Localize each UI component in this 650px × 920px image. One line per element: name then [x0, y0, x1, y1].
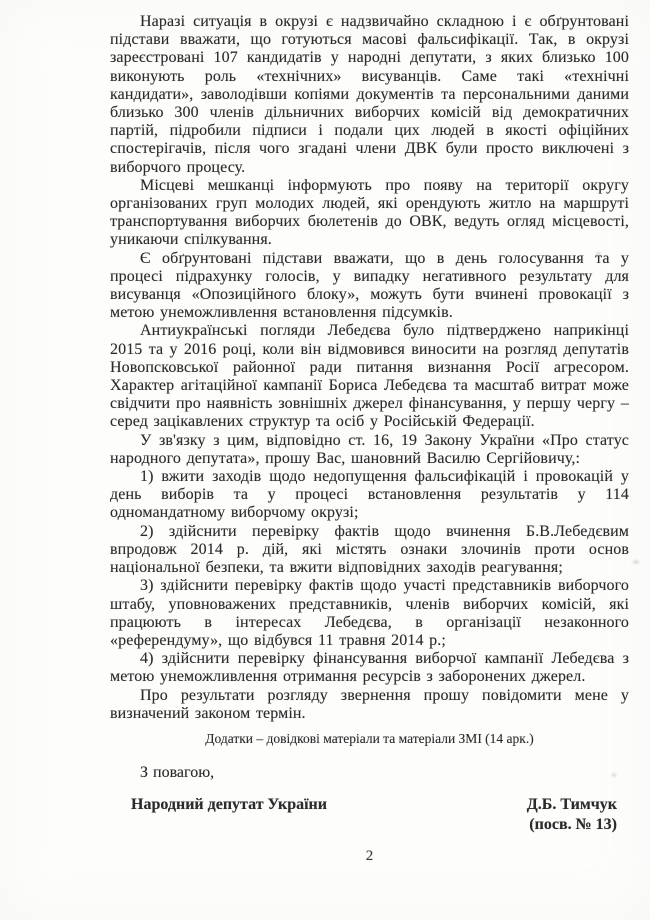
- scan-speckle: [633, 560, 639, 564]
- letter-body: Наразі ситуація в окрузі є надзвичайно с…: [110, 13, 629, 834]
- signer-credential: (посв. № 13): [527, 815, 617, 835]
- signer-identity: Д.Б. Тимчук (посв. № 13): [527, 795, 617, 834]
- attachments-note: Додатки – довідкові матеріали та матеріа…: [110, 730, 629, 747]
- scan-speckle: [596, 252, 601, 256]
- closing-paragraph: Про результати розгляду звернення прошу …: [110, 687, 629, 723]
- signer-title: Народний депутат України: [131, 795, 327, 814]
- paragraph: Місцеві мешканці інформують про появу на…: [110, 177, 629, 250]
- signer-name: Д.Б. Тимчук: [527, 795, 617, 815]
- list-item-3: 3) здійснити перевірку фактів щодо участ…: [110, 577, 629, 650]
- list-item-4: 4) здійснити перевірку фінансування вибо…: [110, 650, 629, 686]
- signature-block: Народний депутат України Д.Б. Тимчук (по…: [110, 795, 629, 834]
- paragraph: Є обґрунтовані підстави вважати, що в де…: [110, 250, 629, 323]
- list-item-2: 2) здійснити перевірку фактів щодо вчине…: [110, 523, 629, 578]
- salutation: З повагою,: [110, 764, 629, 782]
- paragraph: Антиукраїнські погляди Лебедєва було під…: [110, 322, 629, 431]
- scan-speckle: [612, 773, 616, 777]
- scanned-letter-page: Наразі ситуація в окрузі є надзвичайно с…: [0, 0, 650, 920]
- paragraph: У зв'язку з цим, відповідно ст. 16, 19 З…: [110, 432, 629, 468]
- paragraph: Наразі ситуація в окрузі є надзвичайно с…: [110, 13, 629, 177]
- page-number: 2: [110, 848, 629, 865]
- list-item-1: 1) вжити заходів щодо недопущення фальси…: [110, 468, 629, 523]
